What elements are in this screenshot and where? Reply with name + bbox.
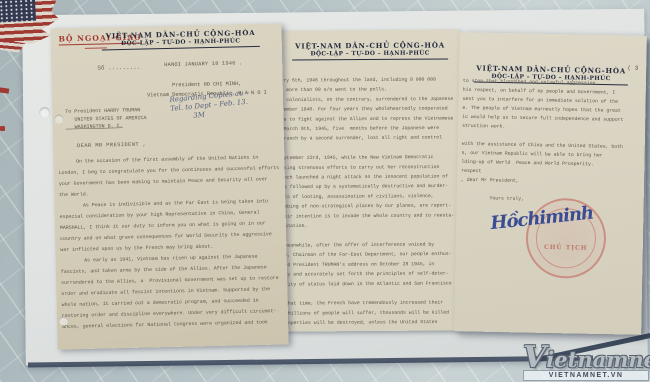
watermark-logo: Vietnamnet bbox=[523, 347, 649, 370]
flag-stripe-fragment bbox=[0, 126, 5, 131]
dateline: HANOI JANUARY 18 1946 . bbox=[164, 60, 242, 68]
letter-body-page-1: On the occasion of the first assembly of… bbox=[58, 152, 282, 333]
flag-stars-canton bbox=[0, 0, 36, 23]
vietnamnet-watermark: Vietnamnet VIETNAMNET.VN bbox=[523, 347, 649, 381]
mounting-hole bbox=[39, 107, 50, 118]
salutation: DEAR MR PRESIDENT , bbox=[77, 142, 146, 150]
flag-stripe-fragment bbox=[0, 87, 9, 93]
seal-label: CHỦ TỊCH bbox=[528, 244, 604, 252]
recipient-block: To President HARRY TRUMAN UNITED STATES … bbox=[65, 107, 147, 132]
letter-body-page-3: to stop that bloodshed and unlawful aggr… bbox=[461, 76, 625, 205]
letter-page-2: VIỆT-NAM DÂN-CHỦ CỘNG-HÒA ĐỘC-LẬP – TỰ-D… bbox=[281, 29, 462, 331]
letter-page-1: BỘ NGOẠI-GIAO Số ......... VIỆT-NAM DÂN-… bbox=[50, 23, 288, 349]
letter-body-page-2: ry 6th, 1946 throughout the land, includ… bbox=[283, 74, 455, 327]
photo-frame: VIỆT-NAM DÂN-CHỦ CỘNG-HÒA ĐỘC-LẬP – TỰ-D… bbox=[0, 0, 650, 382]
letter-page-3: VIỆT-NAM DÂN-CHỦ CỘNG-HÒA ĐỘC-LẬP – TỰ-D… bbox=[454, 32, 647, 335]
